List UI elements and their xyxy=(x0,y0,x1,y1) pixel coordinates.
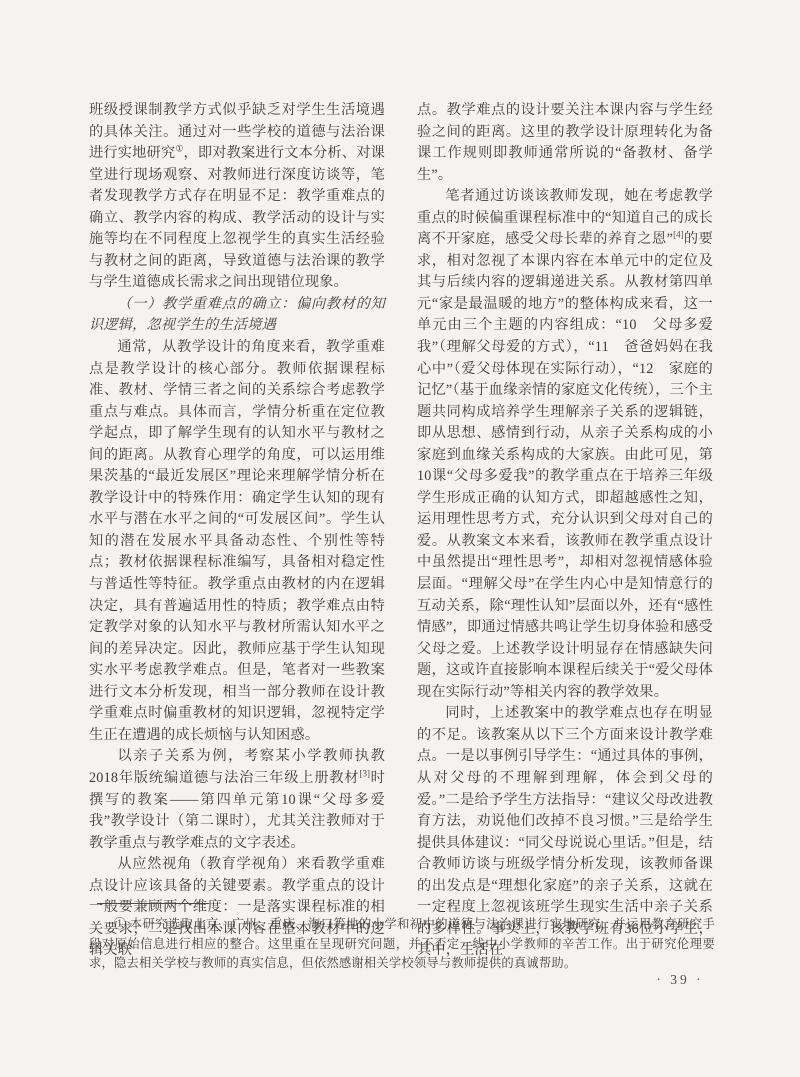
citation-superscript: [4] xyxy=(673,230,684,240)
paragraph: 以亲子关系为例，考察某小学教师执教2018年版统编道德与法治三年级上册教材[3]… xyxy=(89,746,385,854)
paragraph: 通常，从教学设计的角度来看，教学重难点是教学设计的核心部分。教师依据课程标准、教… xyxy=(89,337,385,746)
citation-superscript: ① xyxy=(175,143,183,153)
section-heading: （一）教学重难点的确立：偏向教材的知识逻辑，忽视学生的生活境遇 xyxy=(89,294,385,337)
paragraph: 班级授课制教学方式似乎缺乏对学生生活境遇的具体关注。通过对一些学校的道德与法治课… xyxy=(89,100,385,294)
left-text-column: 班级授课制教学方式似乎缺乏对学生生活境遇的具体关注。通过对一些学校的道德与法治课… xyxy=(89,100,385,962)
scanned-journal-page: 班级授课制教学方式似乎缺乏对学生生活境遇的具体关注。通过对一些学校的道德与法治课… xyxy=(0,0,800,1077)
footnote-text: ① 本研究选取北京、广州、重庆、海口等地的小学和初中的道德与法治课进行实地研究，… xyxy=(89,915,715,974)
paragraph: 点。教学难点的设计要关注本课内容与学生经验之间的距离。这里的教学设计原理转化为备… xyxy=(417,100,713,186)
citation-superscript: [3] xyxy=(359,768,370,778)
footnote-separator-rule xyxy=(97,903,209,904)
page-number: · 39 · xyxy=(640,972,720,988)
paragraph: 笔者通过访谈该教师发现，她在考虑教学重点的时候偏重课程标准中的“知道自己的成长离… xyxy=(417,186,713,703)
right-text-column: 点。教学难点的设计要关注本课内容与学生经验之间的距离。这里的教学设计原理转化为备… xyxy=(417,100,713,962)
